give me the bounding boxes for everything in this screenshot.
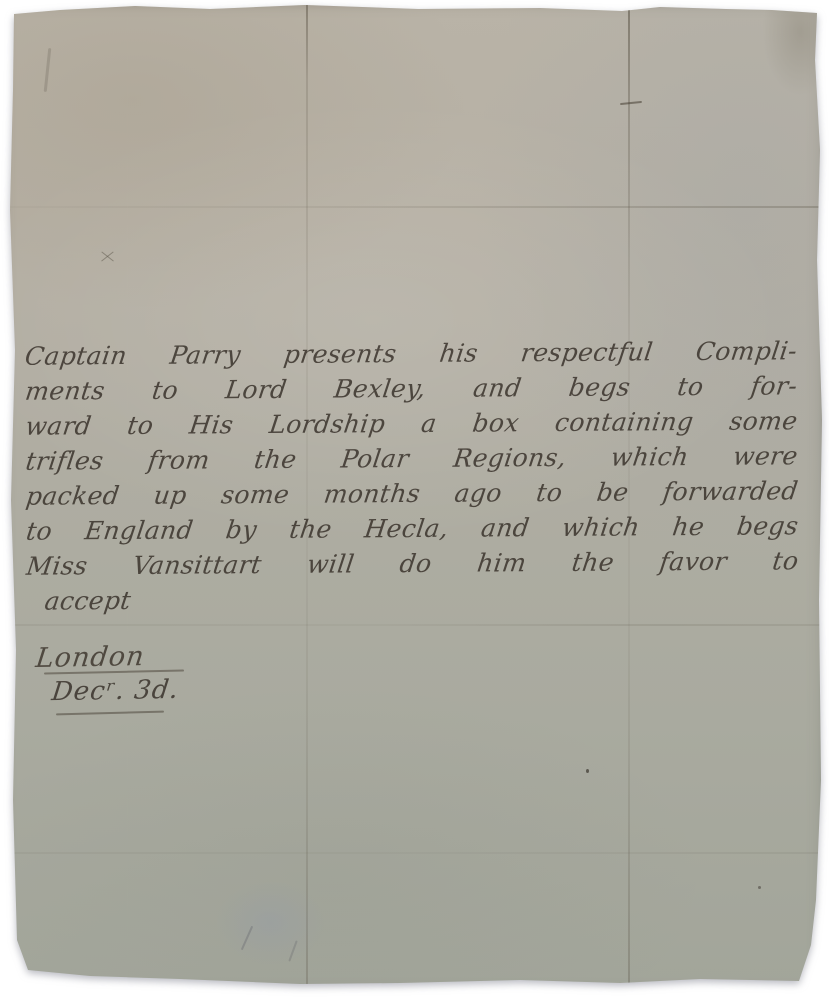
- paper-edge-shading: [0, 0, 829, 999]
- red-edge-mark: [5, 614, 11, 627]
- letter-photograph: Captain Parry presents his respectful Co…: [0, 0, 829, 999]
- letter-paper: Captain Parry presents his respectful Co…: [0, 0, 829, 999]
- paper-sheet: Captain Parry presents his respectful Co…: [0, 0, 829, 999]
